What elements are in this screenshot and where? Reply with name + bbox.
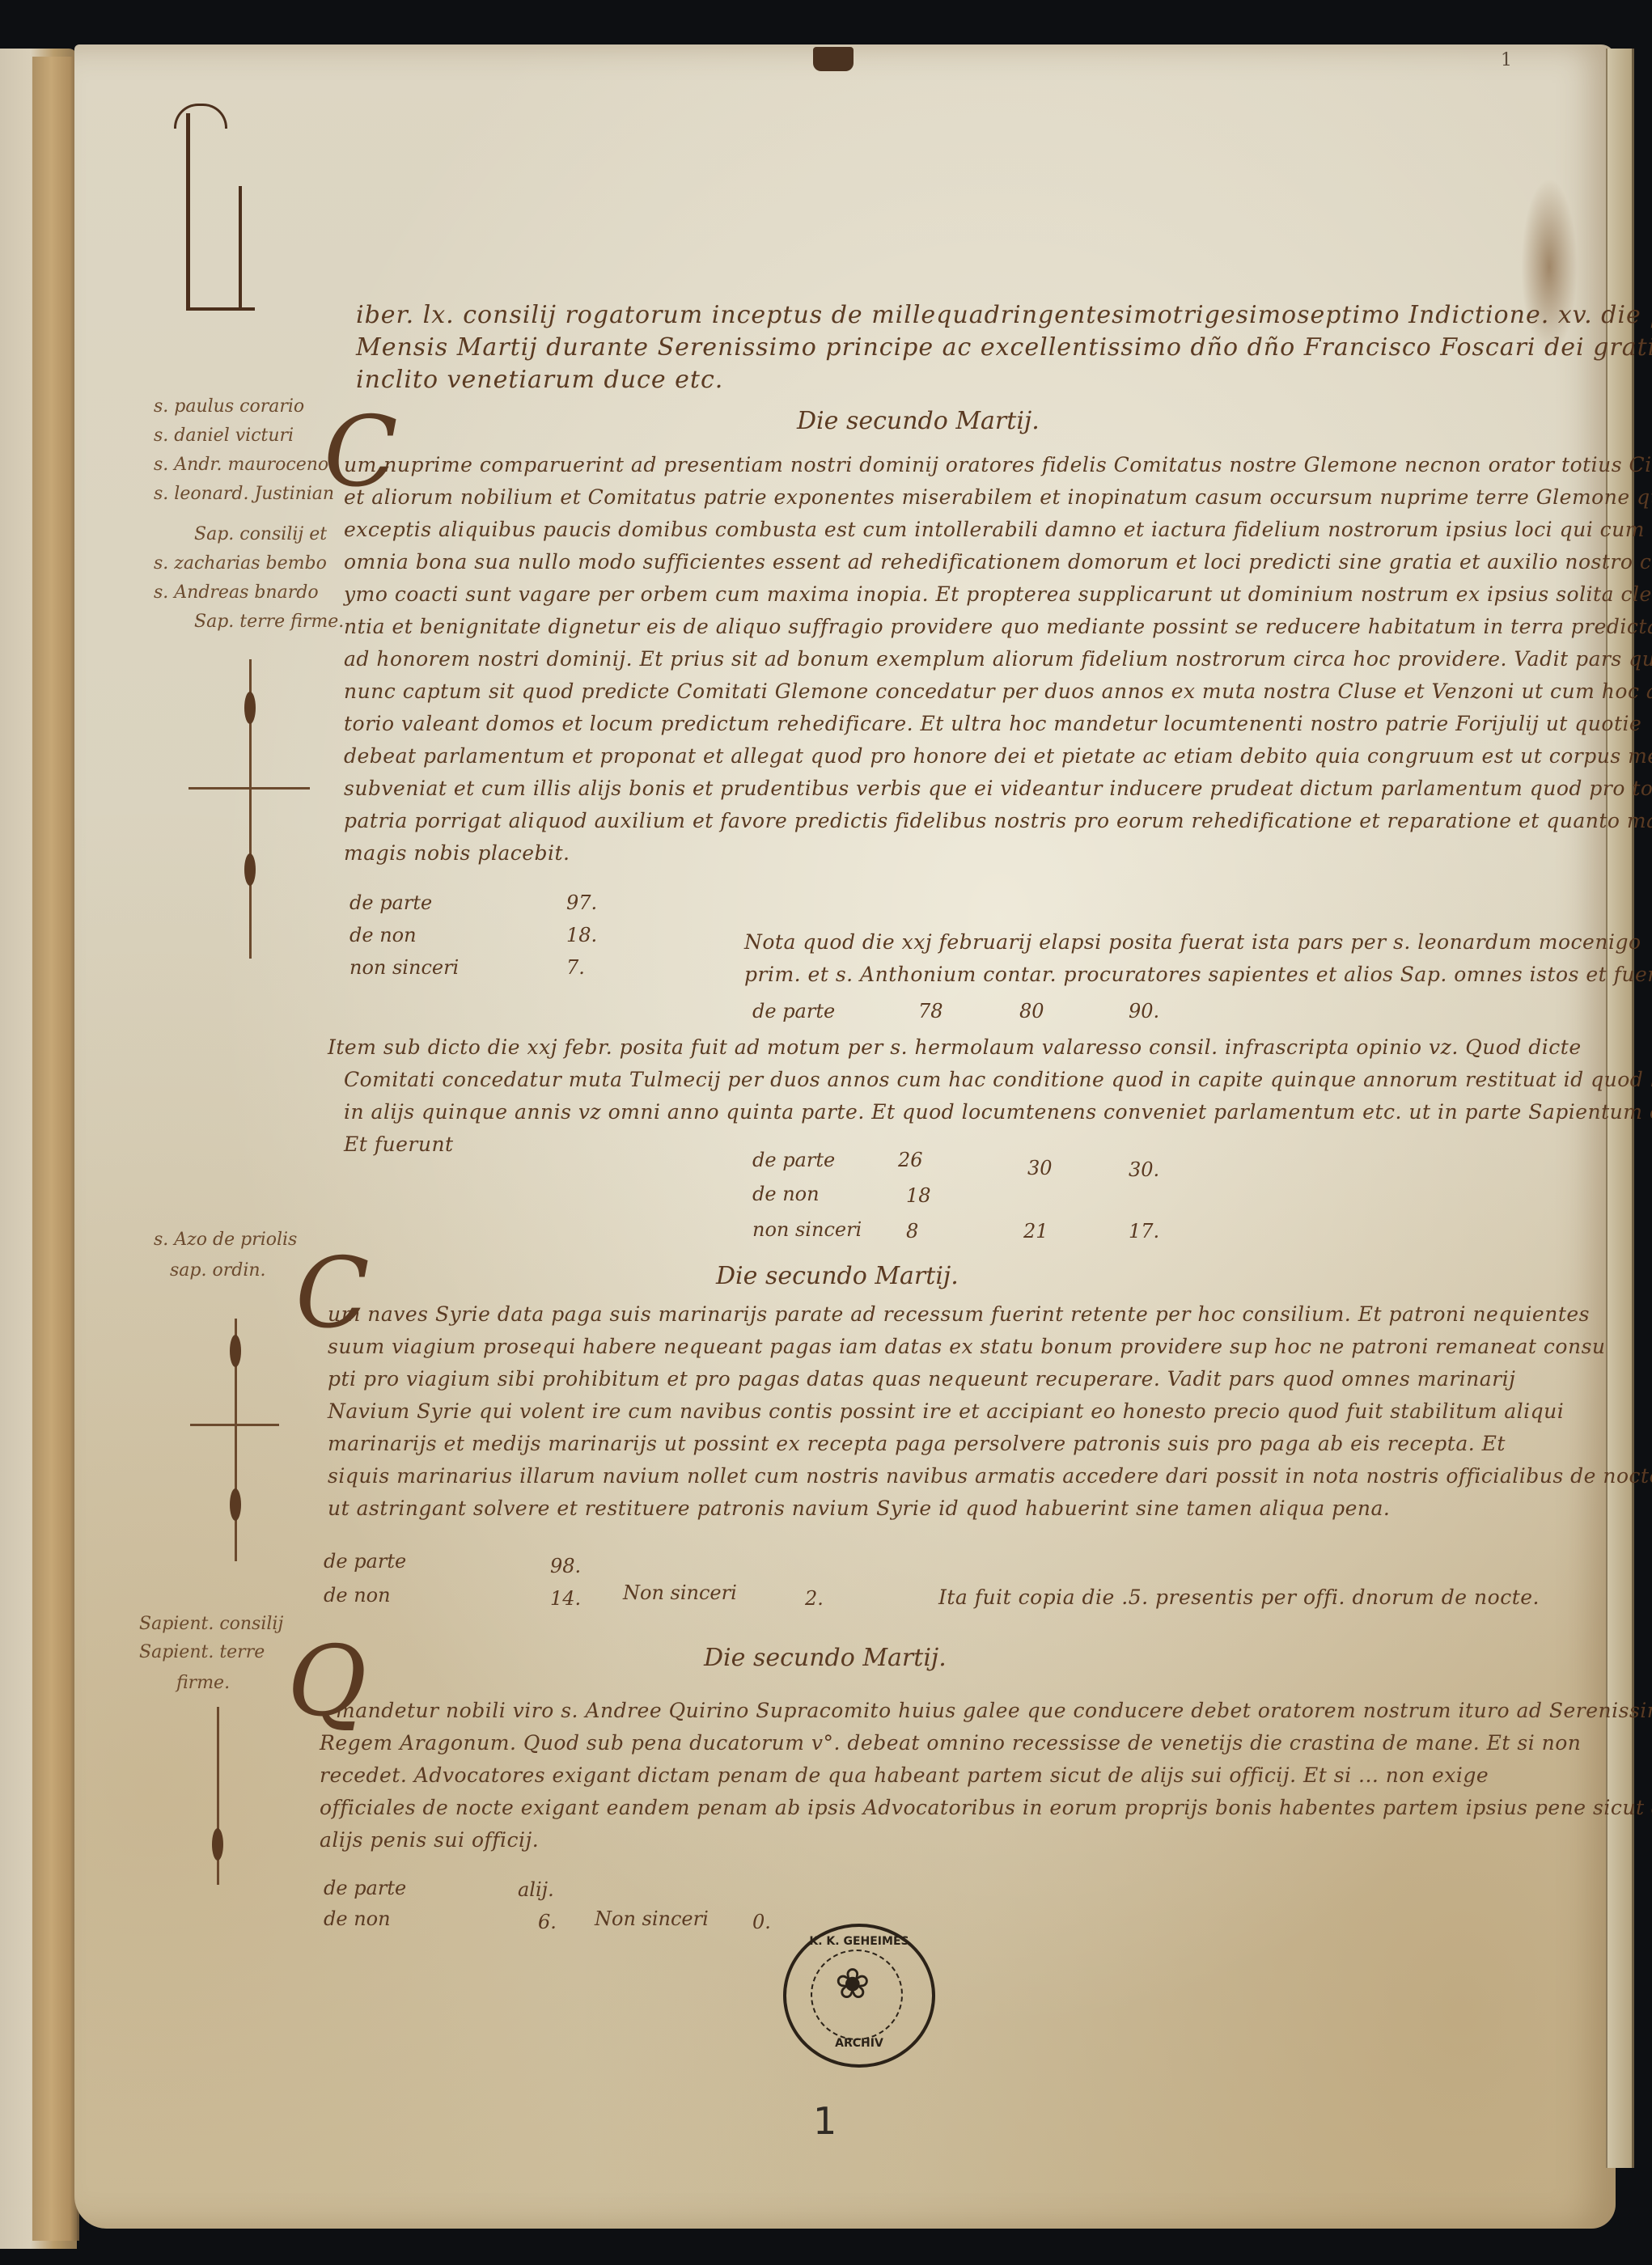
- text-line: siquis marinarius illarum navium nollet …: [328, 1464, 1652, 1488]
- vote-count: 80: [1019, 1000, 1044, 1022]
- margin-ornament: [235, 1319, 237, 1561]
- archive-stamp: K. K. GEHEIMES ❀ ARCHIV: [783, 1924, 935, 2068]
- text-line: debeat parlamentum et proponat et allega…: [344, 744, 1652, 768]
- text-line: in alijs quinque annis vz omni anno quin…: [344, 1100, 1652, 1124]
- text-line: Item sub dicto die xxj febr. posita fuit…: [328, 1035, 1582, 1059]
- vote-count: 18.: [566, 924, 597, 946]
- section-heading: Die secundo Martij.: [716, 1262, 959, 1290]
- vote-label: de parte: [349, 891, 432, 914]
- vote-count: 8: [906, 1220, 918, 1243]
- margin-note: s. zacharias bembo: [154, 553, 327, 574]
- margin-note: s. leonard. Justinian: [154, 484, 334, 504]
- text-line: ntia et benignitate dignetur eis de aliq…: [344, 615, 1652, 638]
- text-line: marinarijs et medijs marinarijs ut possi…: [328, 1432, 1506, 1455]
- double-headed-eagle-icon: ❀: [835, 1963, 870, 2005]
- vote-count: 17.: [1129, 1220, 1159, 1243]
- decorated-initial-C: C: [295, 1246, 370, 1343]
- text-line: um nuprime comparuerint ad presentiam no…: [344, 453, 1652, 476]
- vote-label: de parte: [752, 1000, 835, 1022]
- text-line: um naves Syrie data paga suis marinarijs…: [328, 1302, 1590, 1326]
- margin-note: s. Andr. mauroceno: [154, 455, 328, 475]
- vote-count: 0.: [752, 1911, 771, 1933]
- section-heading: Die secundo Martij.: [704, 1644, 947, 1672]
- vote-label: Non sinceri: [623, 1581, 737, 1604]
- text-line: ymo coacti sunt vagare per orbem cum max…: [344, 582, 1652, 606]
- margin-note: s. Azo de priolis: [154, 1230, 297, 1250]
- text-line: patria porrigat aliquod auxilium et favo…: [344, 809, 1652, 832]
- margin-note: s. daniel victuri: [154, 425, 294, 446]
- text-line: ad honorem nostri dominij. Et prius sit …: [344, 647, 1652, 671]
- margin-note: firme.: [176, 1673, 230, 1693]
- folio-top-mark: 1: [1501, 50, 1512, 70]
- vote-label: Non sinceri: [595, 1907, 709, 1930]
- manuscript-page: [74, 44, 1616, 2229]
- margin-note: Sap. terre firme.: [194, 612, 344, 632]
- vote-label: de parte: [324, 1550, 406, 1573]
- text-line: subveniat et cum illis alijs bonis et pr…: [344, 777, 1652, 800]
- water-stain: [1521, 178, 1578, 356]
- vote-label: de non: [324, 1907, 391, 1930]
- decorated-initial-L: [186, 113, 255, 311]
- text-line: pti pro viagium sibi prohibitum et pro p…: [328, 1367, 1515, 1391]
- note-line: Ita fuit copia die .5. presentis per off…: [938, 1585, 1540, 1609]
- vote-count: alij.: [518, 1878, 554, 1901]
- title-line-1: iber. lx. consilij rogatorum inceptus de…: [356, 301, 1652, 329]
- title-line-3: inclito venetiarum duce etc.: [356, 366, 723, 394]
- folio-number: 1: [813, 2099, 837, 2143]
- text-line: ut astringant solvere et restituere patr…: [328, 1497, 1390, 1520]
- vote-count: 30: [1027, 1157, 1053, 1179]
- vote-count: 18: [906, 1184, 931, 1207]
- vote-count: 97.: [566, 891, 597, 914]
- text-line: magis nobis placebit.: [344, 841, 570, 865]
- vote-count: 78: [918, 1000, 943, 1022]
- vote-count: 98.: [550, 1555, 581, 1577]
- vote-count: 6.: [538, 1911, 557, 1933]
- margin-ornament: [249, 659, 252, 959]
- vote-count: 90.: [1129, 1000, 1159, 1022]
- text-line: nunc captum sit quod predicte Comitati G…: [344, 679, 1652, 703]
- vote-label: non sinceri: [752, 1218, 862, 1241]
- margin-note: Sap. consilij et: [194, 524, 327, 544]
- text-line: et aliorum nobilium et Comitatus patrie …: [344, 485, 1652, 509]
- text-line: alijs penis sui officij.: [320, 1828, 539, 1852]
- vote-count: 2.: [805, 1587, 824, 1610]
- margin-note: sap. ordin.: [170, 1260, 266, 1281]
- damage-stain: [813, 47, 854, 71]
- text-line: Navium Syrie qui volent ire cum navibus …: [328, 1399, 1564, 1423]
- vote-label: de non: [349, 924, 417, 946]
- stamp-text-bottom: ARCHIV: [791, 2037, 927, 2050]
- margin-note: s. Andreas bnardo: [154, 582, 319, 603]
- vote-label: de parte: [324, 1877, 406, 1899]
- text-line: Comitati concedatur muta Tulmecij per du…: [344, 1068, 1652, 1091]
- section-heading: Die secundo Martij.: [797, 407, 1040, 435]
- title-line-2: Mensis Martij durante Serenissimo princi…: [356, 333, 1652, 362]
- text-line: torio valeant domos et locum predictum r…: [344, 712, 1641, 735]
- vote-count: 7.: [566, 956, 585, 979]
- vote-count: 21: [1023, 1220, 1048, 1243]
- text-line: Regem Aragonum. Quod sub pena ducatorum …: [320, 1731, 1581, 1755]
- text-line: omnia bona sua nullo modo sufficientes e…: [344, 550, 1652, 574]
- margin-ornament: [217, 1707, 219, 1885]
- vote-label: de parte: [752, 1149, 835, 1171]
- text-line: exceptis aliquibus paucis domibus combus…: [344, 518, 1652, 541]
- note-line: prim. et s. Anthonium contar. procurator…: [744, 963, 1652, 986]
- note-line: Nota quod die xxj februarij elapsi posit…: [744, 930, 1641, 954]
- text-line: Et fuerunt: [344, 1132, 454, 1156]
- vote-label: non sinceri: [349, 956, 459, 979]
- text-line: officiales de nocte exigant eandem penam…: [320, 1796, 1652, 1819]
- vote-count: 26: [898, 1149, 923, 1171]
- vote-label: de non: [752, 1183, 820, 1205]
- binding-spine: [32, 57, 79, 2241]
- vote-count: 30.: [1129, 1158, 1159, 1181]
- text-line: suum viagium prosequi habere nequeant pa…: [328, 1335, 1606, 1358]
- vote-count: 14.: [550, 1587, 581, 1610]
- margin-note: Sapient. terre: [139, 1642, 265, 1662]
- text-line: mandetur nobili viro s. Andree Quirino S…: [336, 1699, 1652, 1722]
- stamp-text-top: K. K. GEHEIMES: [791, 1935, 927, 1948]
- text-line: recedet. Advocatores exigant dictam pena…: [320, 1763, 1489, 1787]
- margin-note: Sapient. consilij: [139, 1614, 283, 1634]
- vote-label: de non: [324, 1584, 391, 1607]
- margin-note: s. paulus corario: [154, 396, 304, 417]
